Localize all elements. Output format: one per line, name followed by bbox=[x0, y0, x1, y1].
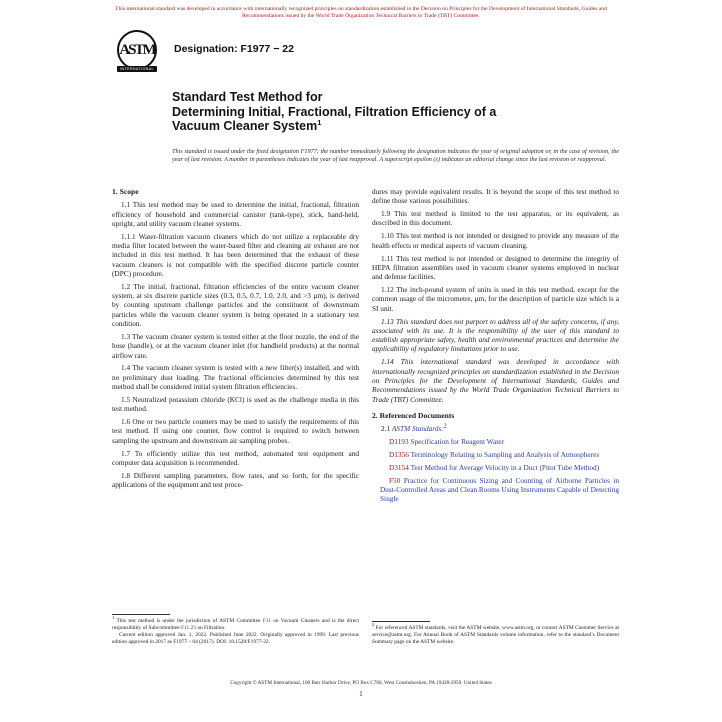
footnote-rule bbox=[112, 614, 170, 615]
footnote-1-seg3: on Filtration. bbox=[196, 625, 226, 631]
copyright-line: Copyright © ASTM International, 100 Barr… bbox=[0, 680, 722, 686]
title-footnote-marker: 1 bbox=[317, 118, 321, 127]
right-column: dures may provide equivalent results. It… bbox=[372, 187, 619, 646]
footnote-rule bbox=[372, 621, 430, 622]
paragraph-1-8-continued: dures may provide equivalent results. It… bbox=[372, 187, 619, 206]
reference-d3154: D3154 Test Method for Average Velocity i… bbox=[372, 463, 619, 472]
standards-number: 2.1 bbox=[381, 424, 392, 433]
astm-standards-label: 2.1 ASTM Standards:2 bbox=[372, 424, 619, 433]
title-line-3: Vacuum Cleaner System bbox=[172, 119, 317, 133]
link-subcommittee-f11-23[interactable]: F11.23 bbox=[181, 625, 196, 631]
section-heading-referenced-documents: 2. Referenced Documents bbox=[372, 411, 619, 420]
left-column: 1. Scope 1.1 This test method may be use… bbox=[112, 187, 359, 646]
paragraph-1-10: 1.10 This test method is not intended or… bbox=[372, 231, 619, 250]
paragraph-1-5: 1.5 Neutralized potassium chloride (KCl)… bbox=[112, 395, 359, 414]
paragraph-1-1-1: 1.1.1 Water-filtration vacuum cleaners w… bbox=[112, 232, 359, 278]
title-line-2: Determining Initial, Fractional, Filtrat… bbox=[172, 105, 496, 119]
paragraph-1-8: 1.8 Different sampling parameters, flow … bbox=[112, 471, 359, 490]
wto-notice: This international standard was develope… bbox=[106, 6, 616, 20]
astm-logo: ASTM INTERNATIONAL bbox=[112, 30, 162, 72]
paragraph-1-11: 1.11 This test method is not intended or… bbox=[372, 254, 619, 282]
reference-d1193: D1193 Specification for Reagent Water bbox=[372, 437, 619, 446]
link-d3154[interactable]: D3154 bbox=[389, 463, 409, 472]
link-astm-standards[interactable]: ASTM Standards: bbox=[392, 424, 444, 433]
paragraph-1-14: 1.14 This international standard was dev… bbox=[372, 357, 619, 403]
footnote-2-body: For referenced ASTM standards, visit the… bbox=[372, 625, 619, 645]
link-d1356[interactable]: D1356 bbox=[389, 450, 409, 459]
link-f50[interactable]: F50 bbox=[389, 476, 400, 485]
paragraph-1-12: 1.12 The inch-pound system of units is u… bbox=[372, 285, 619, 313]
astm-document-page: This international standard was develope… bbox=[0, 0, 722, 722]
body-columns: 1. Scope 1.1 This test method may be use… bbox=[112, 187, 620, 646]
paragraph-1-9: 1.9 This test method is limited to the t… bbox=[372, 209, 619, 228]
reference-d1356: D1356 Terminology Relating to Sampling a… bbox=[372, 450, 619, 459]
document-header: ASTM INTERNATIONAL Designation: F1977 − … bbox=[112, 30, 294, 72]
title-line-1: Standard Test Method for bbox=[172, 90, 322, 104]
footnote-1: 1 This test method is under the jurisdic… bbox=[112, 614, 359, 646]
link-d1193-title[interactable]: Specification for Reagent Water bbox=[410, 437, 504, 446]
document-title: Standard Test Method for Determining Ini… bbox=[172, 90, 622, 134]
link-d1193[interactable]: D1193 bbox=[389, 437, 409, 446]
paragraph-1-4: 1.4 The vacuum cleaner system is tested … bbox=[112, 363, 359, 391]
paragraph-1-13: 1.13 This standard does not purport to a… bbox=[372, 317, 619, 354]
reference-f50: F50 Practice for Continuous Sizing and C… bbox=[372, 476, 619, 504]
standards-footnote-marker: 2 bbox=[444, 424, 447, 430]
paragraph-1-2: 1.2 The initial, fractional, filtration … bbox=[112, 282, 359, 328]
link-f50-title[interactable]: Practice for Continuous Sizing and Count… bbox=[380, 476, 619, 504]
link-d3154-title[interactable]: Test Method for Average Velocity in a Du… bbox=[411, 463, 600, 472]
designation-label: Designation: F1977 − 22 bbox=[174, 43, 294, 55]
footnote-2: 2 For referenced ASTM standards, visit t… bbox=[372, 621, 619, 646]
link-d1356-title[interactable]: Terminology Relating to Sampling and Ana… bbox=[411, 450, 600, 459]
paragraph-1-3: 1.3 The vacuum cleaner system is tested … bbox=[112, 332, 359, 360]
footnote-1-seg1: This test method is under the jurisdicti… bbox=[114, 618, 262, 624]
page-number: 1 bbox=[0, 691, 722, 698]
footnote-1-edition: Current edition approved Jan. 1, 2022. P… bbox=[112, 632, 359, 646]
issue-note: This standard is issued under the fixed … bbox=[172, 148, 619, 165]
section-heading-scope: 1. Scope bbox=[112, 187, 359, 196]
astm-logo-icon: ASTM bbox=[117, 30, 157, 70]
footnote-2-text: 2 For referenced ASTM standards, visit t… bbox=[372, 625, 619, 646]
astm-logo-banner: INTERNATIONAL bbox=[117, 66, 157, 72]
paragraph-1-6: 1.6 One or two particle counters may be … bbox=[112, 417, 359, 445]
link-committee-f11[interactable]: F11 bbox=[263, 618, 271, 624]
paragraph-1-1: 1.1 This test method may be used to dete… bbox=[112, 200, 359, 228]
paragraph-1-7: 1.7 To efficiently utilize this test met… bbox=[112, 449, 359, 468]
footnote-1-text: 1 This test method is under the jurisdic… bbox=[112, 618, 359, 632]
